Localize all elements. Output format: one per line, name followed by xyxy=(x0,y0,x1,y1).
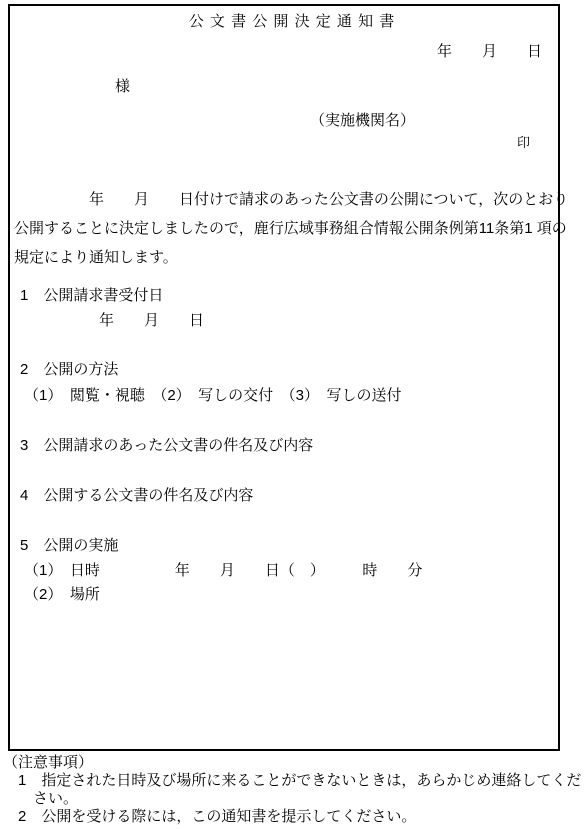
item2-heading: 2 公開の方法 xyxy=(20,361,118,379)
document-title: 公 文 書 公 開 決 定 通 知 書 xyxy=(0,13,584,31)
body-paragraph-line-3: 規定により通知します。 xyxy=(14,243,178,272)
note1-line-1: 1 指定された日時及び場所に来ることができないときは，あらかじめ連絡してくだ xyxy=(3,772,581,790)
note1-line-2: さい。 xyxy=(3,790,78,808)
document-page: 公 文 書 公 開 決 定 通 知 書 年 月 日 様 （実施機関名） 印 年 … xyxy=(0,0,584,829)
item2-options: （1） 閲覧・視聴 （2） 写しの交付 （3） 写しの送付 xyxy=(24,387,402,405)
body-paragraph-line-1: 年 月 日付けで請求のあった公文書の公開について，次のとおり xyxy=(14,185,568,214)
addressee-suffix: 様 xyxy=(115,78,130,96)
item5-heading: 5 公開の実施 xyxy=(20,537,118,555)
note2-line: 2 公開を受ける際には，この通知書を提示してください。 xyxy=(3,808,416,826)
item5-place-line: （2） 場所 xyxy=(24,586,100,604)
seal-mark: 印 xyxy=(517,134,530,152)
issuer-name-label: （実施機関名） xyxy=(310,112,415,130)
item3-heading: 3 公開請求のあった公文書の件名及び内容 xyxy=(20,437,313,455)
notes-heading: （注意事項） xyxy=(3,754,93,772)
item4-heading: 4 公開する公文書の件名及び内容 xyxy=(20,487,253,505)
item1-heading: 1 公開請求書受付日 xyxy=(20,287,163,305)
item1-date-blank: 年 月 日 xyxy=(99,312,204,330)
body-paragraph-line-2: 公開することに決定しましたので，鹿行広域事務組合情報公開条例第11条第1 項の xyxy=(14,214,567,243)
item5-datetime-line: （1） 日時 年 月 日（ ） 時 分 xyxy=(24,562,422,580)
issue-date-line: 年 月 日 xyxy=(437,43,542,61)
